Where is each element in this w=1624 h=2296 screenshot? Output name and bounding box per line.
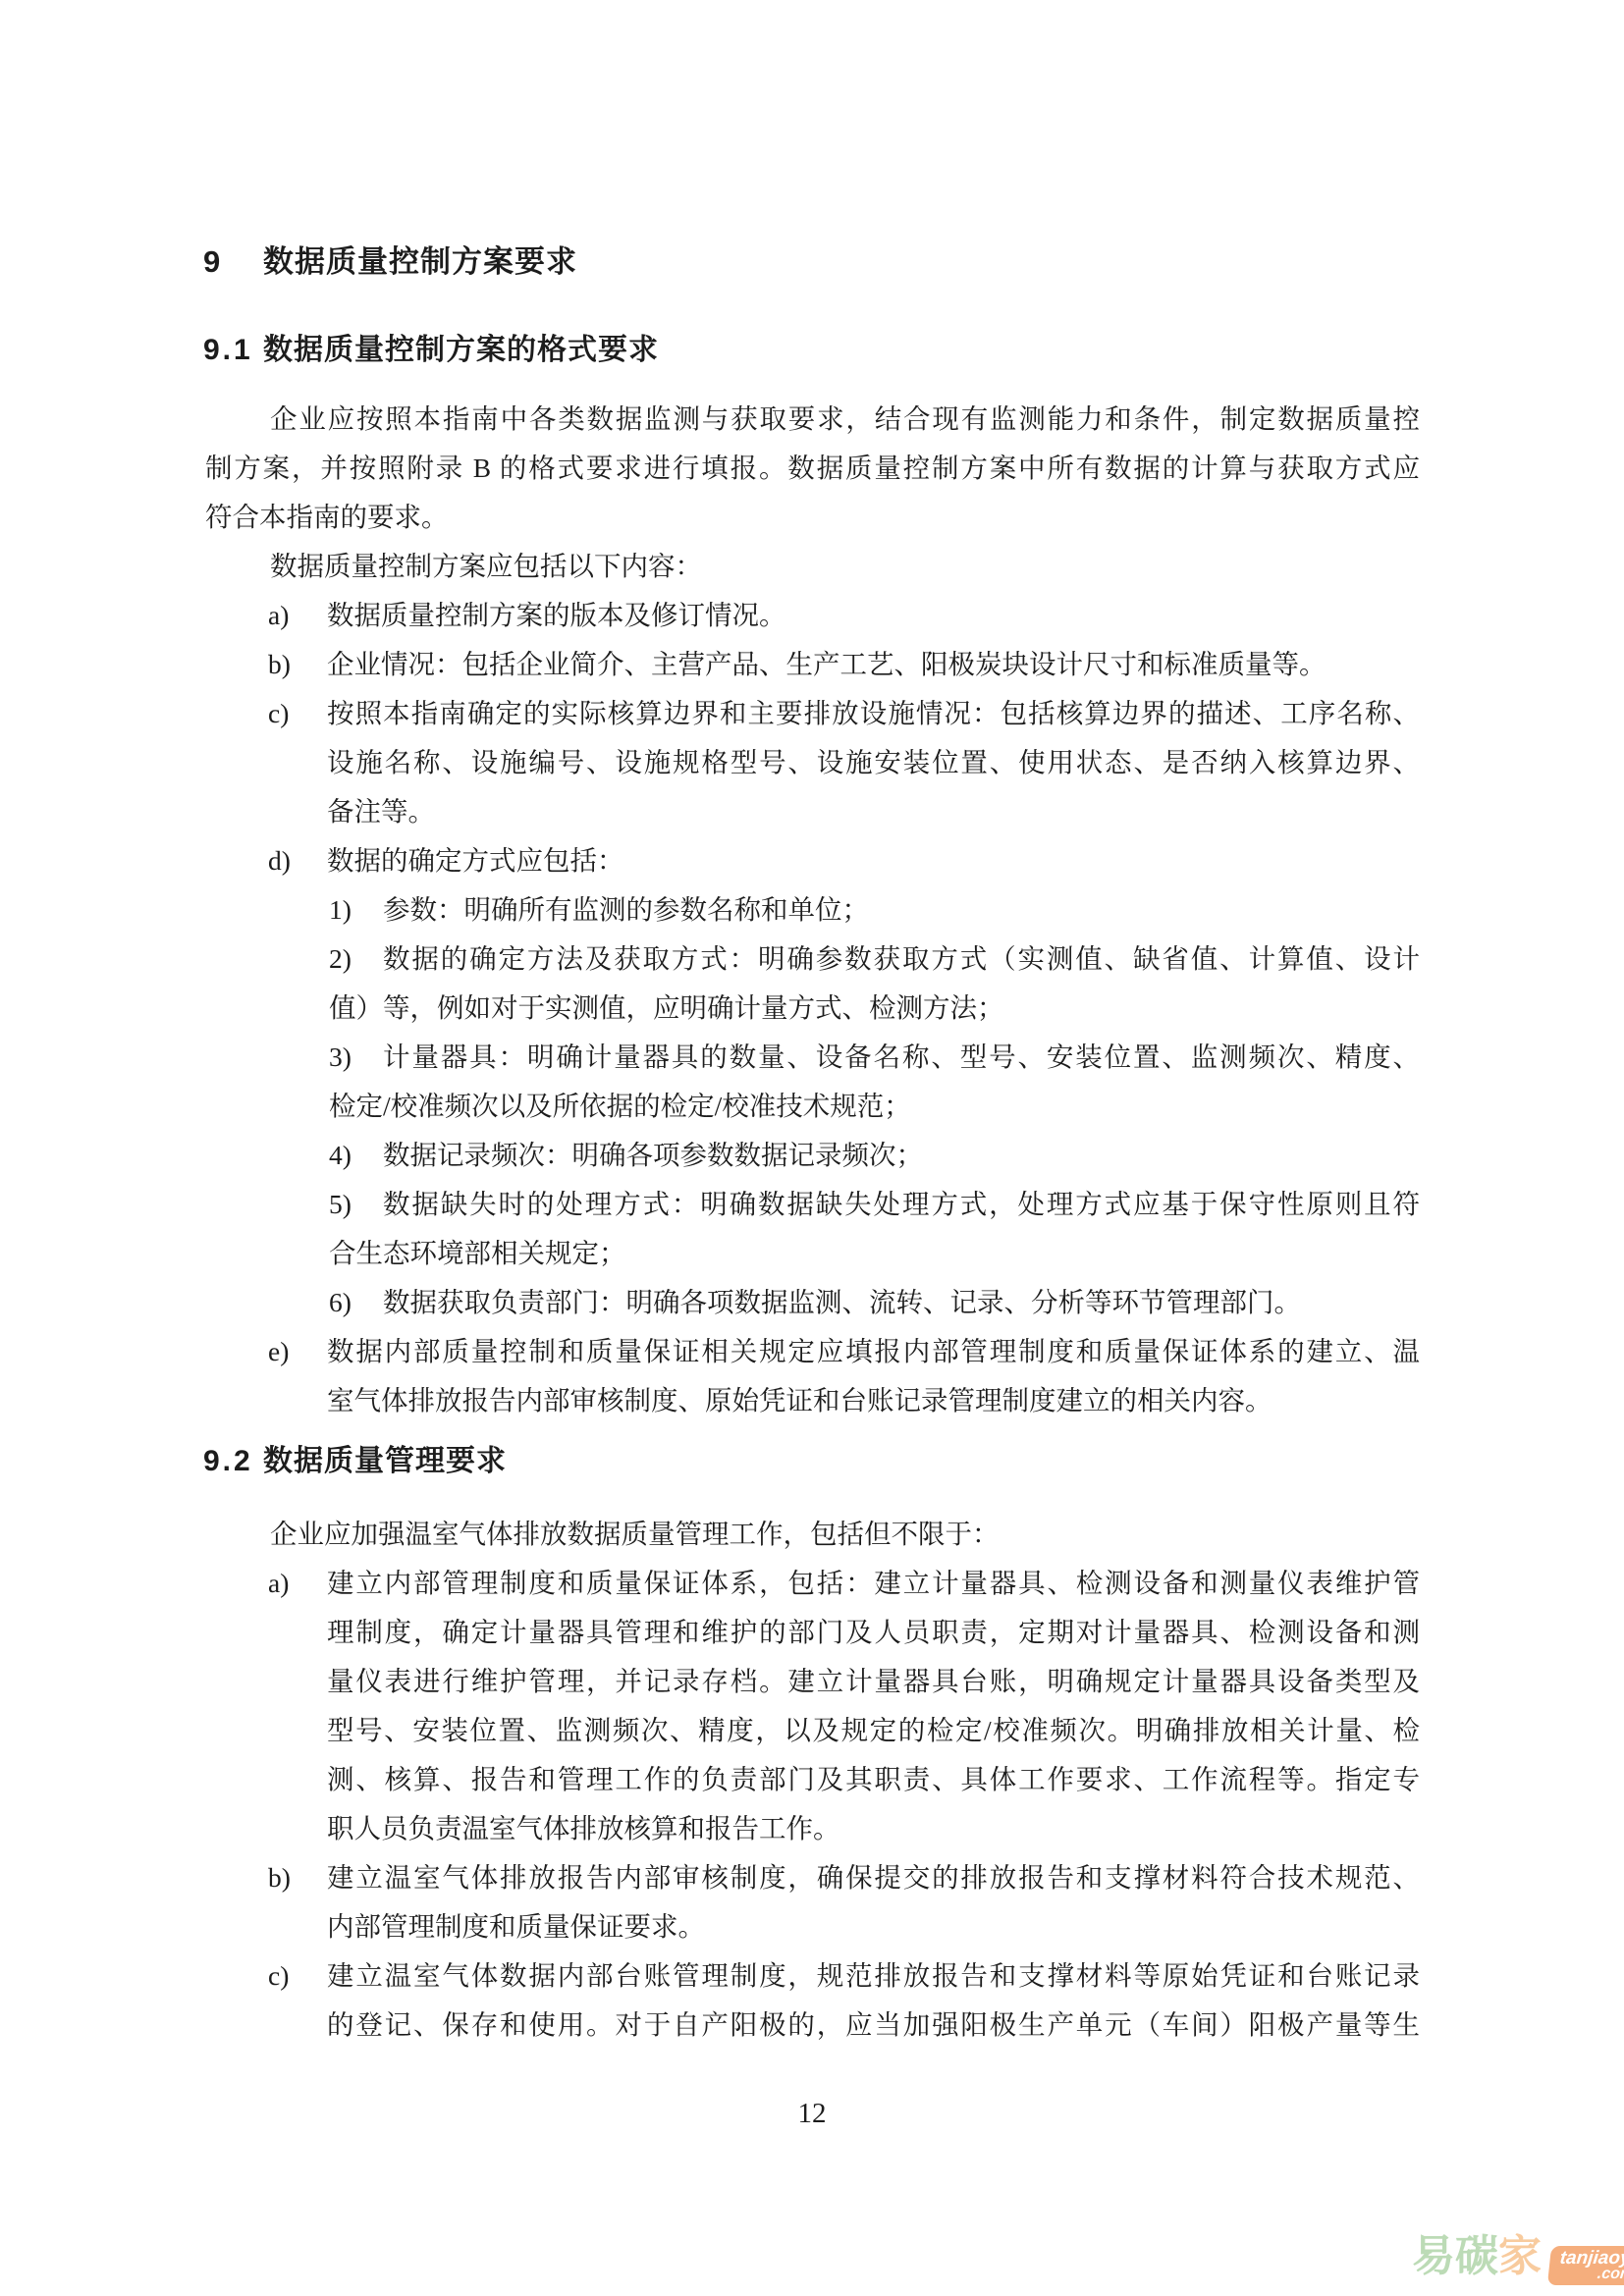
line-text: 职人员负责温室气体排放核算和报告工作。 [327,1813,840,1843]
list-marker: 2) [329,934,352,984]
line-text: 建立内部管理制度和质量保证体系，包括：建立计量器具、检测设备和测量仪表维护管 [327,1568,1420,1598]
text-line: 职人员负责温室气体排放核算和报告工作。 [205,1804,1420,1853]
list-marker: 5) [329,1180,352,1229]
heading-9-title: 数据质量控制方案要求 [263,244,577,279]
text-line: b)企业情况：包括企业简介、主营产品、生产工艺、阳极炭块设计尺寸和标准质量等。 [205,640,1420,689]
document-page: 9数据质量控制方案要求 9.1数据质量控制方案的格式要求 企业应按照本指南中各类… [0,0,1624,2296]
heading-9-1-title: 数据质量控制方案的格式要求 [263,334,659,366]
heading-9-number: 9 [203,244,263,280]
page-number: 12 [0,2094,1624,2133]
list-marker: c) [268,689,289,738]
watermark-char: 碳 [1455,2234,1498,2279]
text-line: 备注等。 [205,787,1420,836]
list-marker: a) [268,1559,289,1608]
line-text: 的登记、保存和使用。对于自产阳极的，应当加强阳极生产单元（车间）阳极产量等生 [327,2009,1420,2040]
text-line: 理制度，确定计量器具管理和维护的部门及人员职责，定期对计量器具、检测设备和测 [205,1608,1420,1657]
list-marker: 4) [329,1131,352,1180]
line-text: 建立温室气体排放报告内部审核制度，确保提交的排放报告和支撑材料符合技术规范、 [327,1862,1420,1893]
watermark-logo-text: 易碳家 [1412,2226,1542,2243]
section-9-2-body: 企业应加强温室气体排放数据质量管理工作，包括但不限于：a)建立内部管理制度和质量… [205,1510,1420,2050]
list-marker: d) [268,836,291,885]
line-text: 量仪表进行维护管理，并记录存档。建立计量器具台账，明确规定计量器具设备类型及 [327,1666,1420,1696]
line-text: 备注等。 [327,796,435,827]
tanjiaoyi-watermark: 易碳家 tanjiaoyi .com [1412,2226,1624,2295]
line-text: 内部管理制度和质量保证要求。 [327,1911,705,1942]
line-text: 参数：明确所有监测的参数名称和单位； [383,894,869,925]
text-line: 合生态环境部相关规定； [205,1229,1420,1278]
line-text: 企业情况：包括企业简介、主营产品、生产工艺、阳极炭块设计尺寸和标准质量等。 [327,649,1326,679]
line-text: 数据记录频次：明确各项参数数据记录频次； [383,1140,923,1170]
line-text: 数据内部质量控制和质量保证相关规定应填报内部管理制度和质量保证体系的建立、温 [327,1336,1420,1366]
line-text: 企业应按照本指南中各类数据监测与获取要求，结合现有监测能力和条件，制定数据质量控 [270,403,1420,434]
list-marker: b) [268,1853,291,1902]
text-line: a)数据质量控制方案的版本及修订情况。 [205,591,1420,640]
text-line: c)按照本指南确定的实际核算边界和主要排放设施情况：包括核算边界的描述、工序名称… [205,689,1420,738]
section-9-1-body: 企业应按照本指南中各类数据监测与获取要求，结合现有监测能力和条件，制定数据质量控… [205,395,1420,1425]
text-line: 检定/校准频次以及所依据的检定/校准技术规范； [205,1082,1420,1131]
line-text: 设施名称、设施编号、设施规格型号、设施安装位置、使用状态、是否纳入核算边界、 [327,747,1420,777]
text-line: 符合本指南的要求。 [205,493,1420,542]
heading-section-9-1: 9.1数据质量控制方案的格式要求 [203,325,659,368]
watermark-char: 家 [1498,2234,1542,2279]
text-line: 的登记、保存和使用。对于自产阳极的，应当加强阳极生产单元（车间）阳极产量等生 [205,2001,1420,2050]
line-text: 测、核算、报告和管理工作的负责部门及其职责、具体工作要求、工作流程等。指定专 [327,1764,1420,1794]
text-line: 量仪表进行维护管理，并记录存档。建立计量器具台账，明确规定计量器具设备类型及 [205,1657,1420,1706]
text-line: 室气体排放报告内部审核制度、原始凭证和台账记录管理制度建立的相关内容。 [205,1376,1420,1425]
text-line: 制方案，并按照附录 B 的格式要求进行填报。数据质量控制方案中所有数据的计算与获… [205,444,1420,493]
list-marker: 6) [329,1278,352,1327]
text-line: 1)参数：明确所有监测的参数名称和单位； [205,885,1420,934]
list-marker: e) [268,1327,289,1376]
text-line: 2)数据的确定方法及获取方式：明确参数获取方式（实测值、缺省值、计算值、设计 [205,934,1420,984]
watermark-tld: .com [1557,2268,1624,2281]
list-marker: 1) [329,885,352,934]
line-text: 理制度，确定计量器具管理和维护的部门及人员职责，定期对计量器具、检测设备和测 [327,1617,1420,1647]
heading-9-2-title: 数据质量管理要求 [263,1445,507,1477]
text-line: 值）等，例如对于实测值，应明确计量方式、检测方法； [205,984,1420,1033]
list-marker: c) [268,1951,289,2001]
watermark-badge: tanjiaoyi .com [1547,2246,1624,2285]
line-text: 计量器具：明确计量器具的数量、设备名称、型号、安装位置、监测频次、精度、 [383,1041,1420,1072]
line-text: 企业应加强温室气体排放数据质量管理工作，包括但不限于： [270,1519,1000,1549]
line-text: 室气体排放报告内部审核制度、原始凭证和台账记录管理制度建立的相关内容。 [327,1385,1272,1415]
text-line: 数据质量控制方案应包括以下内容： [205,542,1420,591]
line-text: 按照本指南确定的实际核算边界和主要排放设施情况：包括核算边界的描述、工序名称、 [327,698,1420,728]
text-line: 型号、安装位置、监测频次、精度，以及规定的检定/校准频次。明确排放相关计量、检 [205,1706,1420,1755]
line-text: 数据缺失时的处理方式：明确数据缺失处理方式，处理方式应基于保守性原则且符 [383,1189,1420,1219]
text-line: e)数据内部质量控制和质量保证相关规定应填报内部管理制度和质量保证体系的建立、温 [205,1327,1420,1376]
line-text: 检定/校准频次以及所依据的检定/校准技术规范； [329,1091,911,1121]
list-marker: a) [268,591,289,640]
text-line: 企业应加强温室气体排放数据质量管理工作，包括但不限于： [205,1510,1420,1559]
watermark-char: 易 [1412,2234,1455,2279]
line-text: 值）等，例如对于实测值，应明确计量方式、检测方法； [329,992,1004,1023]
text-line: 企业应按照本指南中各类数据监测与获取要求，结合现有监测能力和条件，制定数据质量控 [205,395,1420,444]
line-text: 数据质量控制方案的版本及修订情况。 [327,600,786,630]
list-marker: 3) [329,1033,352,1082]
heading-section-9: 9数据质量控制方案要求 [203,237,577,281]
text-line: a)建立内部管理制度和质量保证体系，包括：建立计量器具、检测设备和测量仪表维护管 [205,1559,1420,1608]
text-line: 6)数据获取负责部门：明确各项数据监测、流转、记录、分析等环节管理部门。 [205,1278,1420,1327]
text-line: d)数据的确定方式应包括： [205,836,1420,885]
list-marker: b) [268,640,291,689]
text-line: 3)计量器具：明确计量器具的数量、设备名称、型号、安装位置、监测频次、精度、 [205,1033,1420,1082]
text-line: 测、核算、报告和管理工作的负责部门及其职责、具体工作要求、工作流程等。指定专 [205,1755,1420,1804]
line-text: 型号、安装位置、监测频次、精度，以及规定的检定/校准频次。明确排放相关计量、检 [327,1715,1420,1745]
line-text: 建立温室气体数据内部台账管理制度，规范排放报告和支撑材料等原始凭证和台账记录 [327,1960,1420,1991]
line-text: 数据的确定方式应包括： [327,845,624,876]
heading-section-9-2: 9.2数据质量管理要求 [203,1436,507,1479]
line-text: 符合本指南的要求。 [205,502,449,532]
line-text: 制方案，并按照附录 B 的格式要求进行填报。数据质量控制方案中所有数据的计算与获… [205,453,1420,483]
line-text: 数据的确定方法及获取方式：明确参数获取方式（实测值、缺省值、计算值、设计 [383,943,1420,974]
text-line: 5)数据缺失时的处理方式：明确数据缺失处理方式，处理方式应基于保守性原则且符 [205,1180,1420,1229]
text-line: 内部管理制度和质量保证要求。 [205,1902,1420,1951]
text-line: 设施名称、设施编号、设施规格型号、设施安装位置、使用状态、是否纳入核算边界、 [205,738,1420,787]
line-text: 数据获取负责部门：明确各项数据监测、流转、记录、分析等环节管理部门。 [383,1287,1301,1317]
text-line: b)建立温室气体排放报告内部审核制度，确保提交的排放报告和支撑材料符合技术规范、 [205,1853,1420,1902]
heading-9-1-number: 9.1 [203,334,263,367]
text-line: 4)数据记录频次：明确各项参数数据记录频次； [205,1131,1420,1180]
text-line: c)建立温室气体数据内部台账管理制度，规范排放报告和支撑材料等原始凭证和台账记录 [205,1951,1420,2001]
line-text: 数据质量控制方案应包括以下内容： [270,551,702,581]
line-text: 合生态环境部相关规定； [329,1238,626,1268]
heading-9-2-number: 9.2 [203,1445,263,1478]
